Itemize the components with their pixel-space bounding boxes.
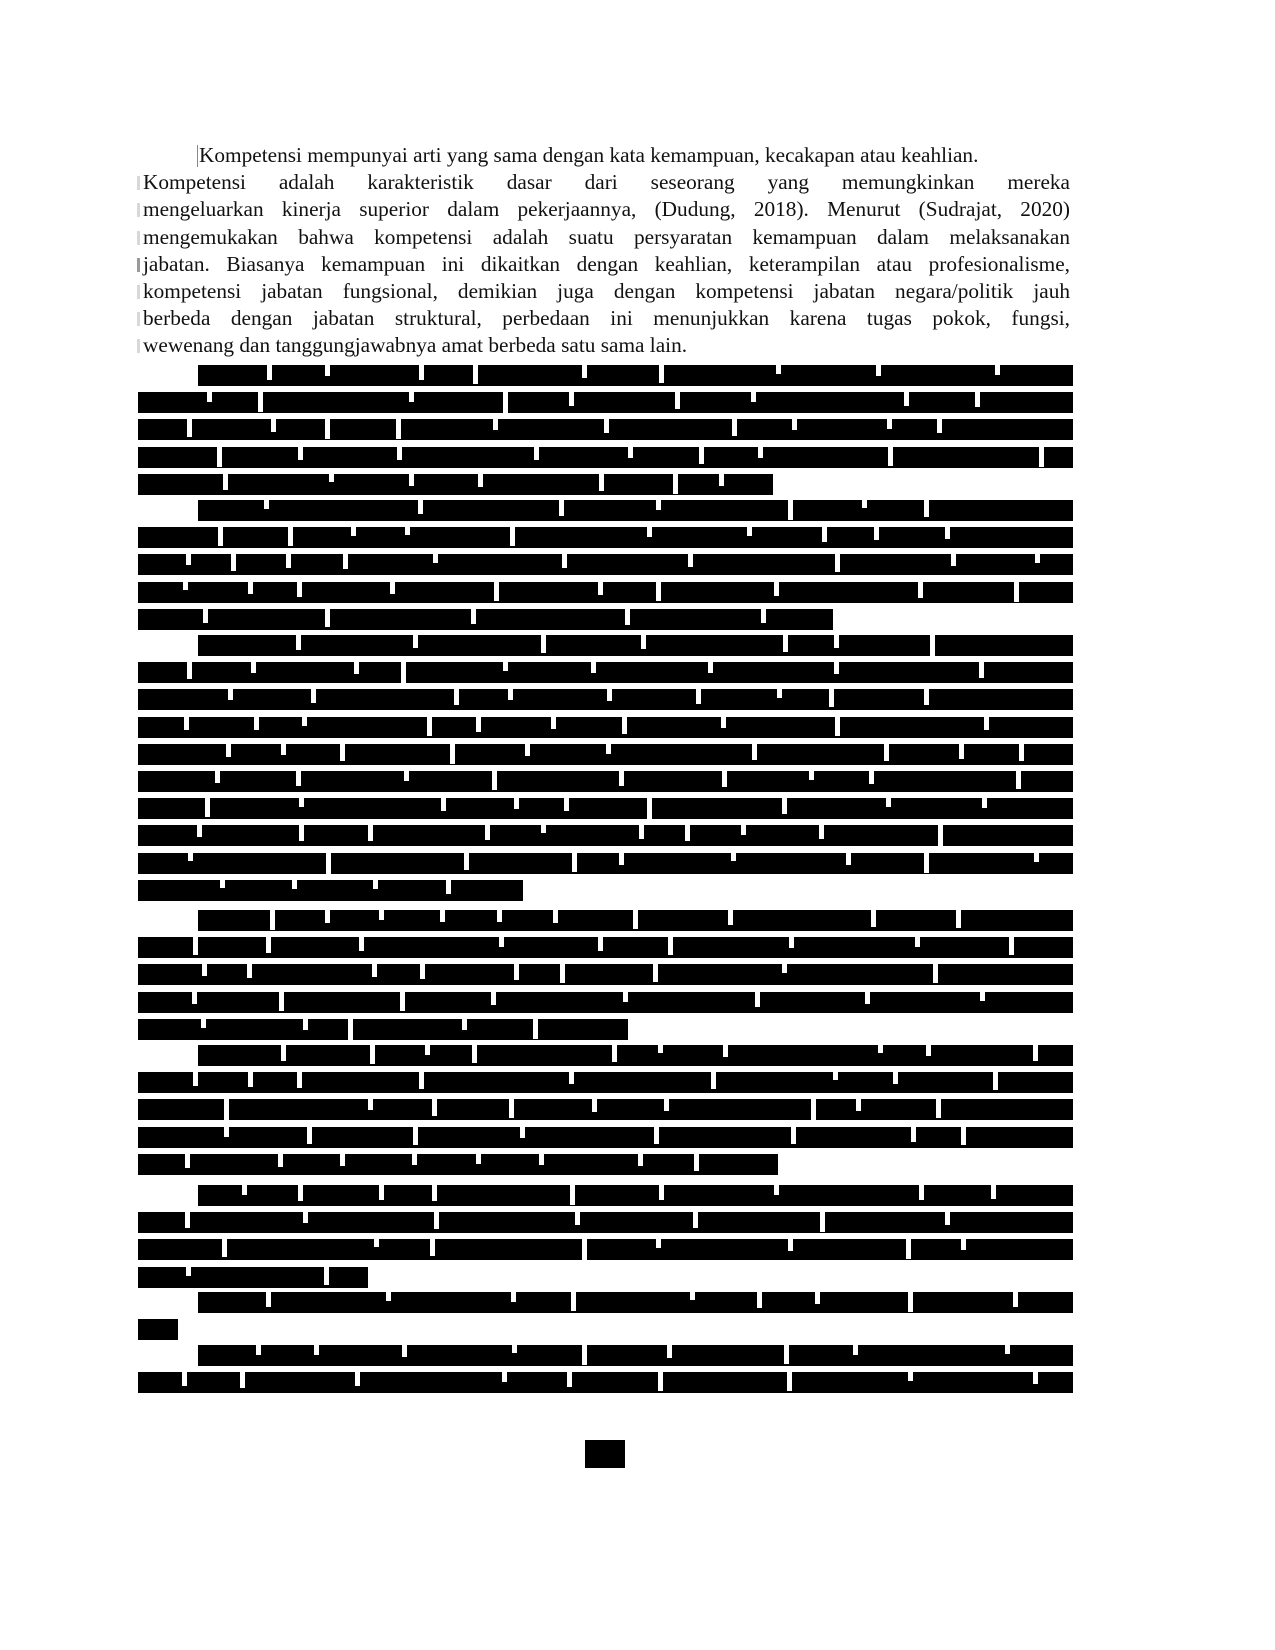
word-gap <box>1033 1372 1038 1384</box>
word-gap <box>184 717 189 730</box>
word-gap <box>478 474 483 487</box>
word-gap <box>340 1154 345 1167</box>
word-gap <box>688 554 693 566</box>
word-gap <box>776 365 781 374</box>
word-gap <box>494 582 499 602</box>
word-gap <box>871 910 876 927</box>
word-gap <box>933 964 938 982</box>
word-gap <box>258 392 263 412</box>
word-gap <box>777 689 782 697</box>
word-gap <box>354 662 359 674</box>
word-gap <box>575 1212 580 1225</box>
word-gap <box>368 825 373 841</box>
word-gap <box>292 880 297 890</box>
redacted-line <box>138 1019 628 1040</box>
word-gap <box>641 635 646 649</box>
redacted-line <box>138 853 1073 874</box>
word-gap <box>400 992 405 1011</box>
word-gap <box>1005 1345 1010 1354</box>
word-gap <box>472 1045 477 1063</box>
word-gap <box>1014 582 1019 603</box>
paragraph-line: mengemukakan bahwa kompetensi adalah sua… <box>143 224 1070 251</box>
word-gap <box>904 392 909 406</box>
word-gap <box>656 1239 661 1248</box>
word-gap <box>658 1372 663 1390</box>
redacted-line <box>138 1212 1073 1233</box>
word-gap <box>499 937 504 946</box>
word-gap <box>409 474 414 487</box>
word-gap <box>911 1127 916 1143</box>
word-gap <box>396 419 401 438</box>
redacted-line <box>138 392 1073 413</box>
redacted-line <box>138 880 523 901</box>
word-gap <box>675 392 680 409</box>
word-gap <box>846 853 851 866</box>
word-gap <box>924 689 929 704</box>
word-gap <box>926 1045 931 1056</box>
word-gap <box>567 1372 572 1387</box>
word-gap <box>288 527 293 546</box>
word-gap <box>401 662 406 682</box>
word-gap <box>425 1045 430 1055</box>
word-gap <box>887 419 892 428</box>
word-gap <box>936 1099 941 1118</box>
word-gap <box>582 1345 587 1365</box>
word-gap <box>270 910 275 930</box>
margin-marker <box>137 203 140 217</box>
paragraph-line: wewenang dan tanggungjawabnya amat berbe… <box>143 332 1070 359</box>
word-gap <box>784 1345 789 1364</box>
word-gap <box>659 365 664 383</box>
redacted-line <box>198 1345 1073 1366</box>
word-gap <box>464 853 469 871</box>
word-gap <box>441 798 446 810</box>
redacted-line <box>138 1372 1073 1393</box>
word-gap <box>462 1019 467 1030</box>
word-gap <box>324 1267 329 1286</box>
word-gap <box>231 554 236 570</box>
word-gap <box>673 474 678 494</box>
word-gap <box>218 527 223 546</box>
word-gap <box>918 582 923 599</box>
word-gap <box>185 1212 190 1228</box>
word-gap <box>884 744 889 761</box>
word-gap <box>373 880 378 889</box>
word-gap <box>774 1185 779 1195</box>
word-gap <box>993 1072 998 1090</box>
redacted-line <box>138 1319 178 1340</box>
paragraph-line: berbeda dengan jabatan struktural, perbe… <box>143 305 1070 332</box>
word-gap <box>476 717 481 732</box>
word-gap <box>419 365 424 380</box>
word-gap <box>833 1072 838 1080</box>
word-gap <box>299 825 304 840</box>
word-gap <box>307 1127 312 1144</box>
word-gap <box>664 1099 669 1111</box>
word-gap <box>623 992 628 1002</box>
word-gap <box>755 992 760 1007</box>
word-gap <box>906 1239 911 1259</box>
word-gap <box>311 689 316 702</box>
word-gap <box>893 1072 898 1084</box>
word-gap <box>446 880 451 894</box>
word-gap <box>503 662 508 670</box>
word-gap <box>454 689 459 704</box>
word-gap <box>757 1292 762 1308</box>
word-gap <box>622 717 627 735</box>
word-gap <box>326 853 331 874</box>
word-gap <box>413 635 418 648</box>
word-gap <box>302 717 307 727</box>
paragraph-line: kompetensi jabatan fungsional, demikian … <box>143 278 1070 305</box>
word-gap <box>370 1045 375 1064</box>
word-gap <box>693 1212 698 1227</box>
word-gap <box>667 1345 672 1358</box>
word-gap <box>659 1185 664 1200</box>
word-gap <box>201 1019 206 1028</box>
word-gap <box>390 582 395 595</box>
word-gap <box>193 937 198 955</box>
word-gap <box>723 1045 728 1057</box>
redacted-line <box>138 662 1073 683</box>
word-gap <box>633 910 638 929</box>
word-gap <box>938 825 943 845</box>
word-gap <box>599 474 604 492</box>
word-gap <box>1019 744 1024 761</box>
word-gap <box>473 365 478 384</box>
redacted-line <box>138 609 833 630</box>
word-gap <box>224 1127 229 1138</box>
word-gap <box>386 1292 391 1301</box>
word-gap <box>915 937 920 946</box>
word-gap <box>598 937 603 950</box>
word-gap <box>815 1292 820 1304</box>
word-gap <box>834 662 839 674</box>
word-gap <box>541 635 546 653</box>
word-gap <box>248 582 253 594</box>
word-gap <box>405 527 410 535</box>
word-gap <box>374 1239 379 1247</box>
word-gap <box>728 910 733 925</box>
word-gap <box>862 500 867 508</box>
word-gap <box>224 1099 229 1120</box>
word-gap <box>791 1127 796 1145</box>
word-gap <box>325 609 330 627</box>
word-gap <box>348 1019 353 1040</box>
word-gap <box>656 500 661 510</box>
word-gap <box>430 1239 435 1255</box>
redacted-line <box>138 937 1073 958</box>
margin-marker <box>137 312 140 326</box>
word-gap <box>751 392 756 402</box>
word-gap <box>202 964 207 976</box>
word-gap <box>1016 771 1021 789</box>
word-gap <box>355 1372 360 1386</box>
word-gap <box>413 1127 418 1146</box>
word-gap <box>247 964 252 978</box>
word-gap <box>476 1154 481 1164</box>
redacted-line <box>138 771 1073 792</box>
word-gap <box>412 1154 417 1165</box>
word-gap <box>497 910 502 922</box>
word-gap <box>440 910 445 922</box>
word-gap <box>433 554 438 562</box>
word-gap <box>343 554 348 568</box>
margin-marker <box>137 231 140 245</box>
word-gap <box>991 1185 996 1199</box>
word-gap <box>303 1212 308 1223</box>
word-gap <box>696 689 701 704</box>
word-gap <box>959 744 964 760</box>
word-gap <box>492 771 497 790</box>
word-gap <box>878 1045 883 1053</box>
word-gap <box>774 582 779 596</box>
redacted-line <box>198 635 1073 656</box>
word-gap <box>564 798 569 811</box>
word-gap <box>491 992 496 1005</box>
word-gap <box>1034 853 1039 863</box>
word-gap <box>207 392 212 402</box>
word-gap <box>223 474 228 490</box>
word-gap <box>783 635 788 652</box>
redacted-line <box>198 1185 1073 1206</box>
word-gap <box>961 1127 966 1145</box>
word-gap <box>638 1154 643 1166</box>
word-gap <box>240 1372 245 1388</box>
word-gap <box>979 662 984 678</box>
word-gap <box>186 554 191 564</box>
word-gap <box>625 609 630 625</box>
line-text: kompetensi jabatan fungsional, demikian … <box>143 278 1070 305</box>
word-gap <box>752 744 757 760</box>
word-gap <box>205 798 210 817</box>
word-gap <box>485 825 490 839</box>
word-gap <box>325 365 330 376</box>
line-text: Kompetensi adalah karakteristik dasar da… <box>143 169 1070 196</box>
redacted-line <box>198 500 1073 521</box>
word-gap <box>719 474 724 487</box>
word-gap <box>203 609 208 623</box>
paragraph-line: jabatan. Biasanya kemampuan ini dikaitka… <box>143 251 1070 278</box>
word-gap <box>402 1345 407 1357</box>
word-gap <box>1039 447 1044 467</box>
word-gap <box>604 419 609 432</box>
word-gap <box>874 527 879 540</box>
word-gap <box>834 635 839 648</box>
word-gap <box>379 910 384 920</box>
word-gap <box>835 554 840 571</box>
word-gap <box>919 1185 924 1200</box>
margin-marker <box>137 258 140 272</box>
word-gap <box>721 717 726 728</box>
word-gap <box>789 937 794 948</box>
word-gap <box>1035 554 1040 563</box>
word-gap <box>761 609 766 623</box>
redacted-line <box>138 825 1073 846</box>
word-gap <box>908 1372 913 1381</box>
word-gap <box>183 582 188 591</box>
line-text: wewenang dan tanggungjawabnya amat berbe… <box>143 333 687 357</box>
text-cursor <box>197 145 198 167</box>
word-gap <box>186 1267 191 1277</box>
word-gap <box>539 1154 544 1166</box>
word-gap <box>562 554 567 568</box>
word-gap <box>908 1292 913 1312</box>
word-gap <box>397 447 402 461</box>
word-gap <box>533 1019 538 1039</box>
redacted-line <box>138 582 1073 603</box>
word-gap <box>975 392 980 407</box>
word-gap <box>658 1045 663 1053</box>
word-gap <box>829 689 834 707</box>
word-gap <box>404 771 409 781</box>
redacted-line <box>138 1267 368 1288</box>
redacted-line <box>138 717 1073 738</box>
word-gap <box>286 554 291 567</box>
word-gap <box>792 419 797 430</box>
word-gap <box>654 1127 659 1145</box>
word-gap <box>982 798 987 808</box>
word-gap <box>266 1292 271 1307</box>
word-gap <box>787 1372 792 1390</box>
word-gap <box>534 447 539 461</box>
word-gap <box>514 964 519 979</box>
word-gap <box>820 1212 825 1232</box>
word-gap <box>187 662 192 679</box>
word-gap <box>930 635 935 656</box>
word-gap <box>782 964 787 973</box>
word-gap <box>520 1127 525 1139</box>
word-gap <box>450 744 455 765</box>
line-text: mengeluarkan kinerja superior dalam peke… <box>143 196 1070 223</box>
word-gap <box>325 910 330 923</box>
word-gap <box>722 771 727 787</box>
word-gap <box>835 717 840 737</box>
word-gap <box>298 1185 303 1201</box>
word-gap <box>995 365 1000 375</box>
word-gap <box>368 1099 373 1110</box>
word-gap <box>256 1345 261 1355</box>
word-gap <box>409 392 414 402</box>
word-gap <box>296 635 301 650</box>
word-gap <box>571 1292 576 1311</box>
word-gap <box>606 744 611 754</box>
word-gap <box>1033 1045 1038 1061</box>
word-gap <box>525 744 530 757</box>
word-gap <box>222 1239 227 1256</box>
line-text: mengemukakan bahwa kompetensi adalah sua… <box>143 224 1070 251</box>
redacted-line <box>138 1099 1073 1120</box>
word-gap <box>559 500 564 516</box>
word-gap <box>192 992 197 1004</box>
word-gap <box>598 582 603 595</box>
word-gap <box>264 500 269 509</box>
word-gap <box>685 825 690 841</box>
word-gap <box>956 910 961 928</box>
word-gap <box>924 853 929 873</box>
word-gap <box>924 500 929 517</box>
word-gap <box>432 1099 437 1116</box>
word-gap <box>570 1185 575 1205</box>
word-gap <box>217 447 222 467</box>
word-gap <box>656 582 661 602</box>
word-gap <box>607 689 612 700</box>
word-gap <box>434 1212 439 1229</box>
word-gap <box>612 1045 617 1062</box>
word-gap <box>853 1345 858 1355</box>
word-gap <box>1013 1292 1018 1307</box>
word-gap <box>325 419 330 439</box>
word-gap <box>619 853 624 865</box>
word-gap <box>303 1019 308 1030</box>
word-gap <box>215 771 220 783</box>
word-gap <box>509 1099 514 1117</box>
word-gap <box>708 662 713 673</box>
word-gap <box>747 527 752 536</box>
margin-marker <box>137 285 140 299</box>
paragraph-line: mengeluarkan kinerja superior dalam peke… <box>143 196 1070 223</box>
redacted-line <box>138 1239 1073 1260</box>
word-gap <box>271 419 276 432</box>
word-gap <box>945 1212 950 1225</box>
word-gap <box>297 1072 302 1087</box>
word-gap <box>372 964 377 976</box>
word-gap <box>551 717 556 729</box>
paragraph-line: Kompetensi mempunyai arti yang sama deng… <box>143 142 1070 169</box>
line-text: Kompetensi mempunyai arti yang sama deng… <box>199 143 978 167</box>
redacted-line <box>138 798 1073 819</box>
redacted-line <box>138 1154 778 1175</box>
word-gap <box>193 1072 198 1086</box>
word-gap <box>299 798 304 807</box>
word-gap <box>731 853 736 862</box>
word-gap <box>197 825 202 836</box>
word-gap <box>628 447 633 458</box>
line-text: jabatan. Biasanya kemampuan ini dikaitka… <box>143 251 1070 278</box>
redacted-line <box>138 1072 1073 1093</box>
word-gap <box>297 582 302 598</box>
word-gap <box>711 1072 716 1089</box>
word-gap <box>512 1345 517 1353</box>
word-gap <box>888 447 893 466</box>
word-gap <box>865 992 870 1004</box>
word-gap <box>869 771 874 784</box>
word-gap <box>788 500 793 520</box>
word-gap <box>572 853 577 873</box>
redacted-line <box>138 447 1073 468</box>
word-gap <box>266 937 271 953</box>
word-gap <box>182 1372 187 1385</box>
word-gap <box>668 937 673 955</box>
word-gap <box>185 1154 190 1168</box>
word-gap <box>819 825 824 839</box>
word-gap <box>569 1072 574 1084</box>
word-gap <box>782 798 787 814</box>
word-gap <box>582 1239 587 1260</box>
word-gap <box>980 992 985 1001</box>
word-gap <box>619 771 624 786</box>
word-gap <box>690 1292 695 1300</box>
word-gap <box>822 527 827 541</box>
word-gap <box>741 825 746 834</box>
word-gap <box>694 1154 699 1171</box>
word-gap <box>856 1099 861 1111</box>
word-gap <box>351 527 356 535</box>
word-gap <box>228 689 233 699</box>
word-gap <box>427 717 432 736</box>
word-gap <box>432 1185 437 1201</box>
redacted-line <box>138 527 1073 548</box>
